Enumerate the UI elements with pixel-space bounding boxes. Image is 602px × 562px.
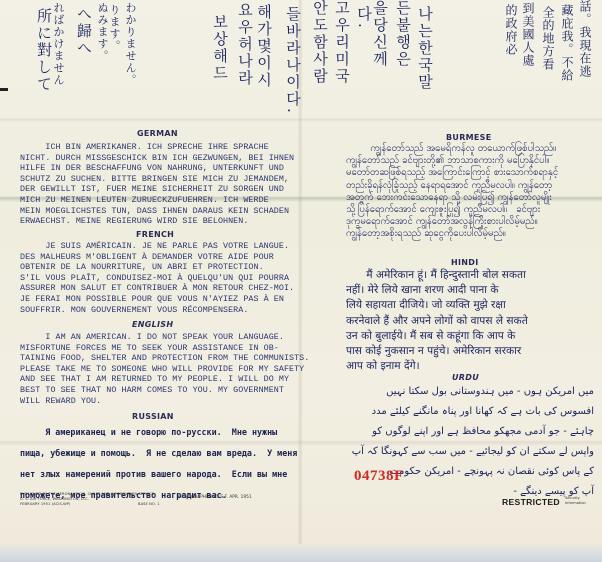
korean-column: 고우리미국 — [334, 0, 350, 85]
korean-column: 을당신께 — [372, 0, 388, 68]
hindi-text: मैं अमेरिकान हूं। मैं हिन्दुस्तानी बोल स… — [346, 268, 528, 374]
korean-column: 안도함사람 — [312, 0, 328, 85]
burmese-text: ကျွန်တော်သည် အမေရိကန်လူ တယောက်ဖြစ်ပါသည်။… — [346, 143, 558, 241]
chinese-column: 全的地方看 — [541, 6, 554, 71]
paper-bottom-edge — [0, 544, 602, 562]
french-text: JE SUIS AMÉRICAIN. JE NE PARLE PAS VOTRE… — [20, 241, 294, 315]
japanese-column: ればかけません — [52, 2, 64, 86]
top-handwritten-strip: 所に對して ればかけません へ歸へ ぬみます。 ります。 わかりません。 보상해… — [0, 0, 602, 118]
chinese-column: 藏庇我。不給 — [560, 4, 573, 82]
japanese-column: ぬみます。 — [96, 2, 108, 62]
korean-column: 다. — [356, 6, 372, 30]
korean-column: 요우허나라 — [237, 2, 253, 87]
japanese-column: ります。 — [108, 4, 120, 52]
japanese-column: わかりません。 — [124, 2, 136, 86]
publisher-credit: PUBLISHED BY THE AERONAUTICAL CHART AND … — [20, 492, 154, 507]
urdu-heading: URDU — [452, 373, 479, 382]
german-text: ICH BIN AMERIKANER. ICH SPRECHE IHRE SPR… — [20, 142, 294, 227]
base-number: BASE NO. 1 — [138, 502, 160, 507]
korean-column: 들바라나이다. — [285, 6, 301, 115]
lithographed-credit: LITHOGRAPHED BY S.F. APR. 1951 — [178, 494, 252, 499]
english-text: I AM AN AMERICAN. I DO NOT SPEAK YOUR LA… — [20, 332, 309, 406]
japanese-column: へ歸へ — [76, 6, 92, 57]
burmese-heading: BURMESE — [446, 133, 492, 142]
chinese-column: 到美國人處 — [521, 2, 534, 67]
russian-heading: RUSSIAN — [132, 412, 174, 421]
classification-label: RESTRICTED — [502, 497, 560, 507]
korean-column: 나는한국말 — [417, 6, 433, 91]
classification-note: Security Information — [565, 496, 586, 505]
korean-column: 해가몇이시 — [256, 4, 272, 89]
english-heading: ENGLISH — [132, 320, 173, 329]
chinese-column: 話。我現在逃 — [578, 0, 591, 78]
korean-column: 보상해드 — [212, 14, 228, 82]
chinese-column: 的政府必 — [504, 4, 517, 56]
french-heading: FRENCH — [136, 230, 174, 239]
hindi-heading: HINDI — [451, 258, 478, 267]
serial-number: 04738F — [354, 468, 404, 485]
german-heading: GERMAN — [137, 129, 178, 138]
korean-column: 든불행은 — [395, 0, 411, 68]
japanese-column: 所に對して — [36, 8, 52, 93]
